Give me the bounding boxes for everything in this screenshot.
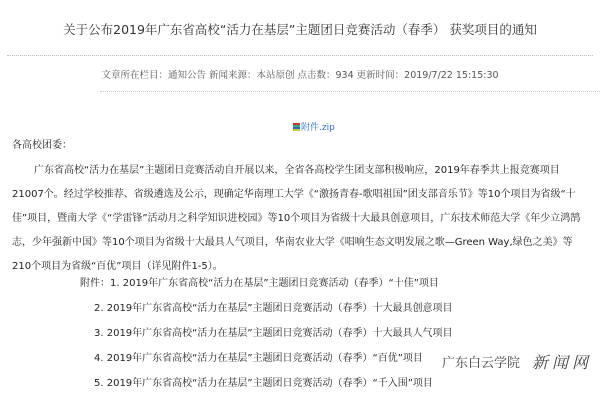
attachment-item: 3. 2019年广东省高校“活力在基层”主题团日竞赛活动（春季）十大最具人气项目 xyxy=(94,327,453,352)
zip-file-icon xyxy=(293,123,300,131)
watermark-school: 广东白云学院 xyxy=(442,352,520,371)
attachment-item: 4. 2019年广东省高校“活力在基层”主题团日竞赛活动（春季）“百优”项目 xyxy=(94,352,453,377)
article-meta: 文章所在栏目：通知公告 新闻来源：本站原创 点击数：934 更新时间：2019/… xyxy=(0,67,600,81)
greeting: 各高校团委： xyxy=(12,136,72,151)
attachment-item: 附件：1. 2019年广东省高校“活力在基层”主题团日竞赛活动（春季）“十佳”项… xyxy=(80,277,453,302)
attachment-item: 2. 2019年广东省高校“活力在基层”主题团日竞赛活动（春季）十大最具创意项目 xyxy=(94,302,453,327)
attachment-list: 附件：1. 2019年广东省高校“活力在基层”主题团日竞赛活动（春季）“十佳”项… xyxy=(80,277,453,395)
attachment-item: 5. 2019年广东省高校“活力在基层”主题团日竞赛活动（春季）“千入围”项目 xyxy=(94,377,453,395)
watermark-brand: 新闻网 xyxy=(532,350,592,373)
page-title: 关于公布2019年广东省高校“活力在基层”主题团日竞赛活动（春季） 获奖项目的通… xyxy=(0,20,600,38)
body-paragraph: 广东省高校“活力在基层”主题团日竞赛活动自开展以来，全省各高校学生团支部积极响应… xyxy=(12,159,587,279)
divider xyxy=(100,91,600,92)
attachment-link[interactable]: 附件.zip xyxy=(293,120,335,133)
attachment-label[interactable]: 附件.zip xyxy=(301,120,335,133)
watermark: 广东白云学院 新闻网 xyxy=(442,350,592,373)
divider xyxy=(7,55,593,56)
